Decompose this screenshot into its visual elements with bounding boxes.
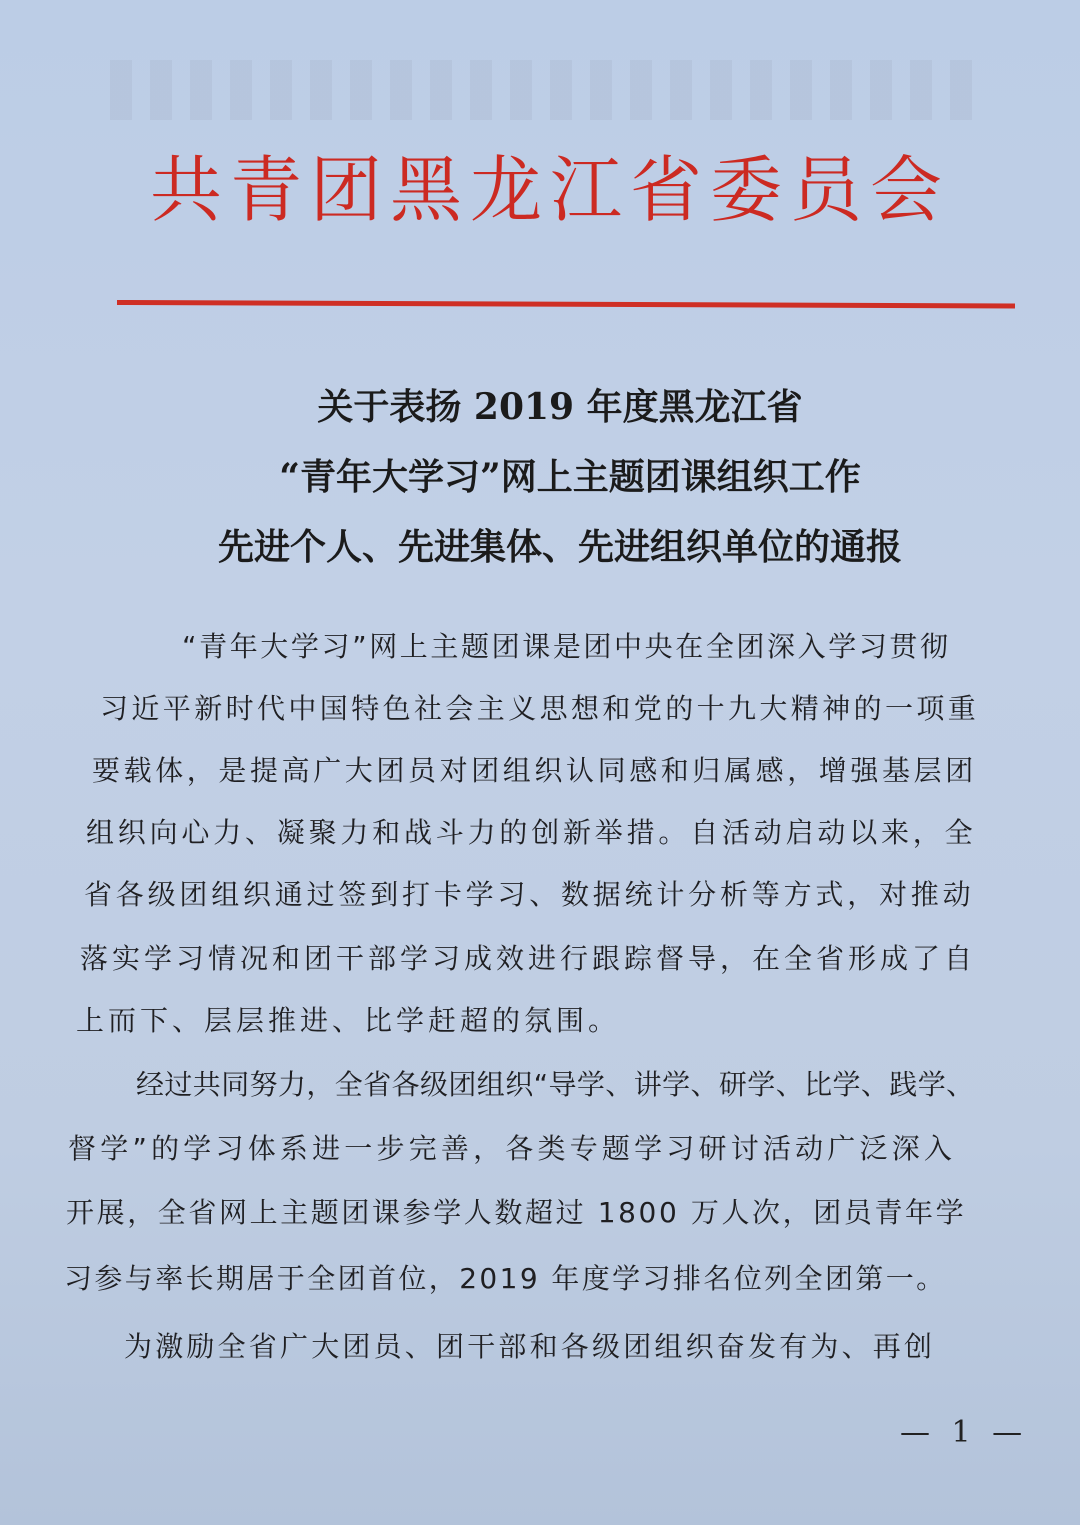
body-line: 习参与率长期居于全团首位，2019 年度学习排名位列全团第一。 [64,1247,947,1311]
body-line: 经过共同努力，全省各级团组织“导学、讲学、研学、比学、践学、 [136,1053,975,1117]
body-line: 督学”的学习体系进一步完善，各类专题学习研讨活动广泛深入 [68,1117,956,1181]
page-number: — 1 — [900,1415,1028,1450]
body-line: 开展，全省网上主题团课参学人数超过 1800 万人次，团员青年学 [66,1181,966,1245]
body-line: 组织向心力、凝聚力和战斗力的创新举措。自活动启动以来，全 [86,801,976,865]
title-line-1: 关于表扬 2019 年度黑龙江省 [0,372,1080,442]
body-line: 上而下、层层推进、比学赶超的氛围。 [76,989,620,1053]
body-line: 要载体，是提高广大团员对团组织认同感和归属感，增强基层团 [92,739,977,803]
body-line: “青年大学习”网上主题团课是团中央在全团深入学习贯彻 [182,615,951,679]
issuer-header: 共青团黑龙江省委员会 [0,140,1080,240]
bleed-through-text [110,60,980,120]
body-line: 习近平新时代中国特色社会主义思想和党的十九大精神的一项重 [100,677,979,741]
body-line: 省各级团组织通过签到打卡学习、数据统计分析等方式，对推动 [84,863,974,927]
body-line: 为激励全省广大团员、团干部和各级团组织奋发有为、再创 [124,1315,935,1379]
red-divider-line [117,300,1015,308]
body-line: 落实学习情况和团干部学习成效进行跟踪督导，在全省形成了自 [80,927,976,991]
document-page: 共青团黑龙江省委员会 关于表扬 2019 年度黑龙江省 “青年大学习”网上主题团… [0,0,1080,1525]
title-line-3: 先进个人、先进集体、先进组织单位的通报 [0,512,1080,582]
title-line-2: “青年大学习”网上主题团课组织工作 [0,442,1080,512]
document-title: 关于表扬 2019 年度黑龙江省 “青年大学习”网上主题团课组织工作 先进个人、… [0,372,1080,582]
